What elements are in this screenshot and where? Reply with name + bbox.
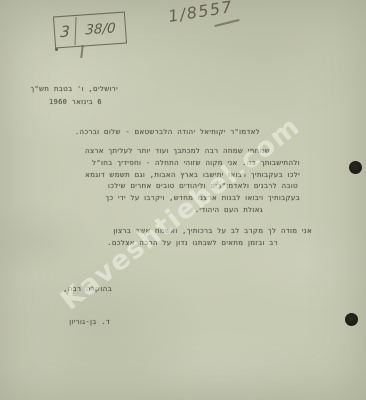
typed-line: ילכו בעקבותיך ויבואו יתישבו בארץ האבות, … — [85, 171, 300, 179]
boxed-file-number-left: 3 — [55, 17, 77, 47]
punch-hole — [349, 161, 362, 174]
boxed-file-number-annotation: 3 38/0 — [53, 12, 127, 49]
typed-line: בעקבותיך ויבואו לבנות ארצנו מחדש, ויקרבו… — [105, 194, 300, 202]
typed-line: ולהתישבותך בה. אני מקוה שזוהי התחלה - וח… — [92, 159, 300, 167]
typed-line: טובה לרבנים ולאדמו"רים וליהודים טובים אח… — [108, 182, 298, 190]
scanned-letter-screenshot: 3 38/0 1/8557 ירושלים, ו' בטבת תש"ך 6 בי… — [0, 0, 366, 400]
typed-line: גאולת העם היהודי. — [195, 206, 263, 214]
letter-signature: ד. בן-גוריון — [69, 318, 110, 326]
typed-line: רב ובזמן מתאים לשבתנו נדון על הרבה אצלכם… — [107, 239, 278, 247]
pencil-dot — [55, 48, 58, 51]
punch-hole — [345, 313, 358, 326]
letter-closing: בהוקרה רבה, — [63, 285, 112, 293]
typed-line: אני מודה לך מקרב לב על ברכותיך, ואשמח אש… — [113, 227, 312, 235]
letter-gregorian-date: 6 בינואר 1960 — [49, 98, 102, 106]
letter-city-hebrew-date: ירושלים, ו' בטבת תש"ך — [30, 85, 118, 93]
typed-line: שמחתי שמחה רבה למכתבך ועוד יותר לעליתך א… — [85, 147, 270, 155]
boxed-file-number-right: 38/0 — [76, 13, 126, 45]
letter-salutation: לאדמו"ר יקותיאל יהודה הלברשטאם - שלום וב… — [75, 128, 260, 136]
